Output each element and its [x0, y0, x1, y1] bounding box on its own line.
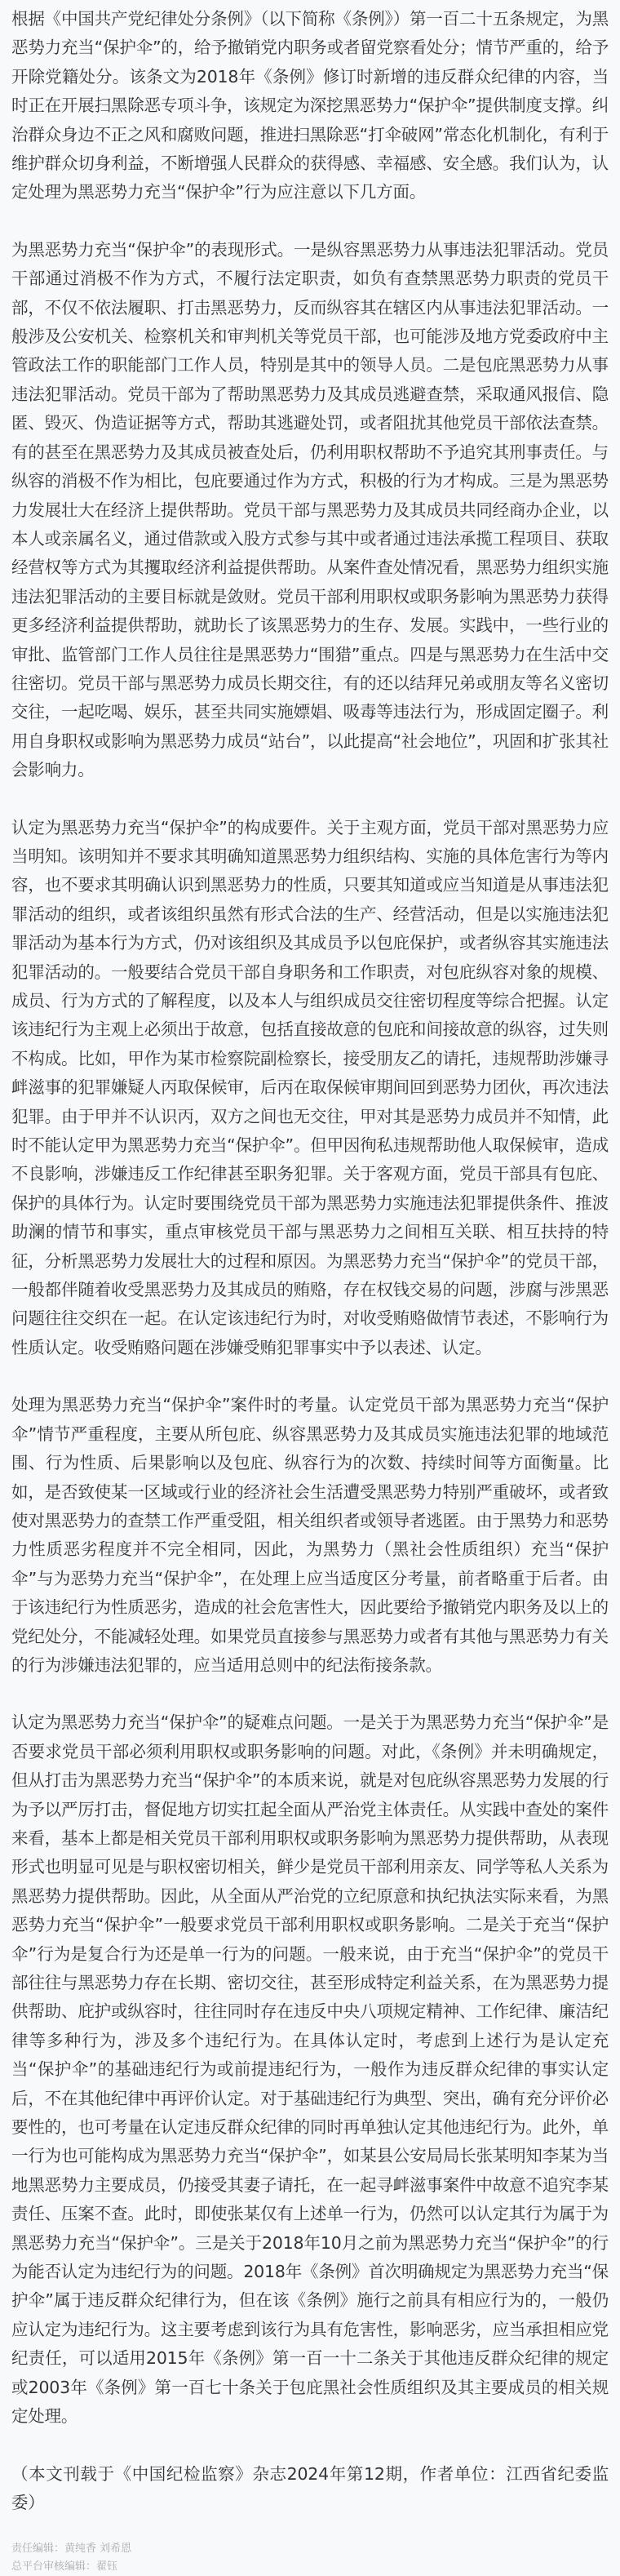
paragraph-manifestations: 为黑恶势力充当“保护伞”的表现形式。一是纵容黑恶势力从事违法犯罪活动。党员干部通… [11, 236, 609, 785]
responsible-editor: 责任编辑：黄纯香 刘希恩 [11, 2540, 609, 2558]
source-note: （本文刊载于《中国纪检监察》杂志2024年第12期，作者单位：江西省纪委监委） [11, 2460, 609, 2518]
paragraph-intro: 根据《中国共产党纪律处分条例》（以下简称《条例》）第一百二十五条规定，为黑恶势力… [11, 5, 609, 207]
paragraph-handling-considerations: 处理为黑恶势力充当“保护伞”案件时的考量。认定党员干部为黑恶势力充当“保护伞”情… [11, 1391, 609, 1680]
editor-credits: 责任编辑：黄纯香 刘希恩 总平台审核编辑：翟钰 [11, 2540, 609, 2576]
paragraph-difficult-issues: 认定为黑恶势力充当“保护伞”的疑难点问题。一是关于为黑恶势力充当“保护伞”是否要… [11, 1708, 609, 2431]
paragraph-constituent-elements: 认定为黑恶势力充当“保护伞”的构成要件。关于主观方面，党员干部对黑恶势力应当明知… [11, 814, 609, 1363]
article-body: 根据《中国共产党纪律处分条例》（以下简称《条例》）第一百二十五条规定，为黑恶势力… [0, 0, 620, 2576]
platform-review-editor: 总平台审核编辑：翟钰 [11, 2558, 609, 2576]
